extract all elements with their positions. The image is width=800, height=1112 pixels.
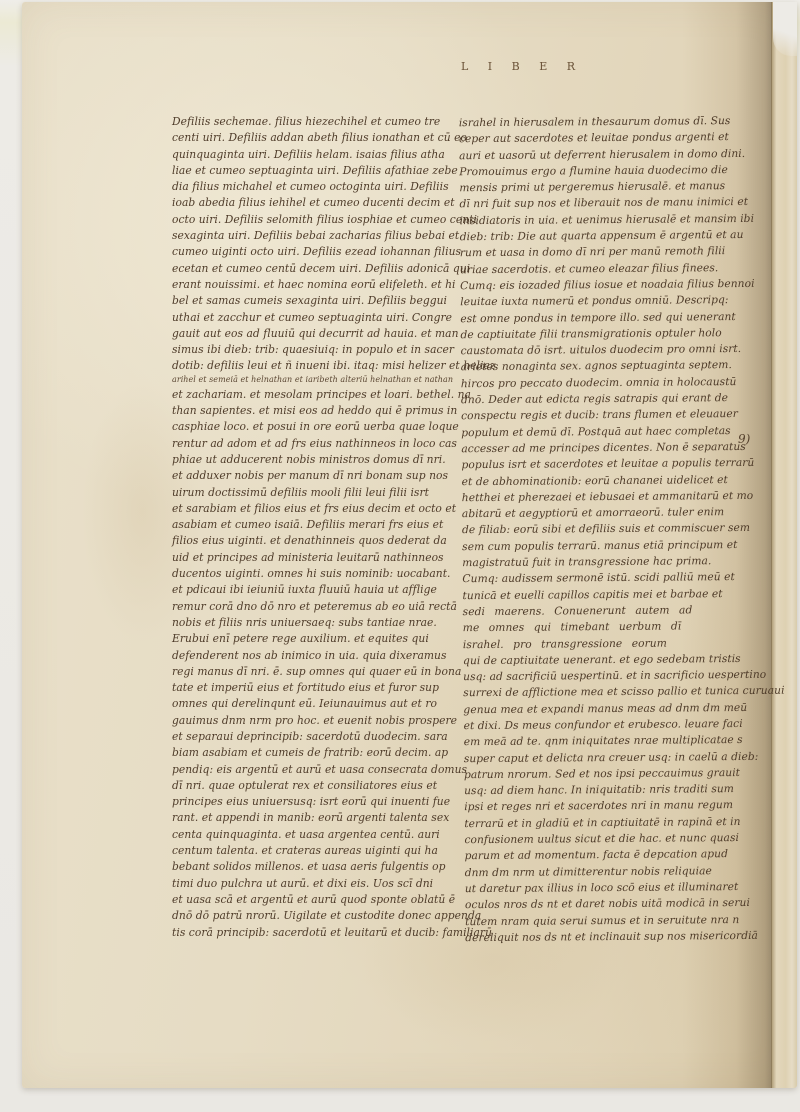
manuscript-line: ioab abedia filius iehihel et cumeo duce…: [172, 195, 460, 211]
manuscript-line: omnes qui derelinqunt eū. Ieiunauimus au…: [172, 696, 460, 712]
manuscript-line: oculos nros ds nt et daret nobis uitā mo…: [465, 895, 767, 914]
manuscript-line: octo uiri. Defiliis selomith filius iosp…: [172, 212, 460, 228]
manuscript-line: asabiam et cumeo isaiā. Defiliis merari …: [172, 517, 460, 533]
manuscript-line: dī nri. quae optulerat rex et consiliato…: [172, 778, 460, 794]
manuscript-line: dotib: defiliis leui et ñ inueni ibi. it…: [172, 358, 460, 374]
manuscript-line: tate et imperiū eius et fortitudo eius e…: [172, 680, 460, 696]
running-title: L I B E R: [461, 60, 583, 73]
manuscript-line: surrexi de afflictione mea et scisso pal…: [463, 683, 765, 702]
manuscript-line: rant. et appendi in manib: eorū argenti …: [172, 810, 460, 826]
manuscript-line: tunicā et euelli capillos capitis mei et…: [462, 585, 764, 604]
manuscript-line: principes eius uniuersusq: isrt eorū qui…: [172, 794, 460, 810]
manuscript-line: et adduxer nobis per manum dī nri bonam …: [172, 468, 460, 484]
manuscript-line: bebant solidos millenos. et uasa aeris f…: [172, 859, 460, 875]
manuscript-line: centi uiri. Defiliis addan abeth filius …: [172, 130, 460, 146]
manuscript-line: timi duo pulchra ut aurū. et dixi eis. U…: [172, 876, 460, 892]
manuscript-line: sexaginta uiri. Defiliis bebai zacharias…: [172, 228, 460, 244]
manuscript-line: et sarabiam et filios eius et frs eius d…: [172, 501, 460, 517]
manuscript-line: et separaui deprincipib: sacerdotū duode…: [172, 729, 460, 745]
text-column-left: Defiliis sechemae. filius hiezechihel et…: [172, 114, 460, 941]
manuscript-line: et zachariam. et mesolam principes et lo…: [172, 387, 460, 403]
manuscript-line: leuitae iuxta numerū et pondus omniū. De…: [460, 292, 762, 311]
manuscript-line: Cumq: audissem sermonē istū. scidi palli…: [462, 569, 764, 588]
manuscript-line: em meā ad te. qnm iniquitates nrae multi…: [464, 732, 766, 751]
manuscript-line: filios eius uiginti. et denathinneis quo…: [172, 533, 460, 549]
manuscript-line: biam asabiam et cumeis de fratrib: eorū …: [172, 745, 460, 761]
text-column-right: israhel in hierusalem in thesaurum domus…: [459, 113, 768, 946]
manuscript-line: defenderent nos ab inimico in uia. quia …: [172, 648, 460, 664]
manuscript-line: cumeo uiginti octo uiri. Defiliis ezead …: [172, 244, 460, 260]
manuscript-line: casphiae loco. et posui in ore eorū uerb…: [172, 419, 460, 435]
manuscript-line: rentur ad adom et ad frs eius nathinneos…: [172, 436, 460, 452]
manuscript-line: dnō dō patrū nrorū. Uigilate et custodit…: [172, 908, 460, 924]
manuscript-line: arietes nonaginta sex. agnos septuaginta…: [461, 357, 763, 376]
manuscript-line: uthai et zacchur et cumeo septuaginta ui…: [172, 310, 460, 326]
manuscript-line: tis corā principib: sacerdotū et leuitar…: [172, 925, 460, 941]
manuscript-line: bel et samas cumeis sexaginta uiri. Defi…: [172, 293, 460, 309]
manuscript-line: de filiab: eorū sibi et defiliis suis et…: [462, 520, 764, 539]
manuscript-line: et uasa scā et argentū et aurū quod spon…: [172, 892, 460, 908]
manuscript-line: regi manus dī nri. ē. sup omnes qui quae…: [172, 664, 460, 680]
manuscript-line: erant nouissimi. et haec nomina eorū eli…: [172, 277, 460, 293]
manuscript-line: et pdicaui ibi ieiuniū iuxta fluuiū haui…: [172, 582, 460, 598]
manuscript-line: parum et ad momentum. facta ē depcation …: [465, 846, 767, 865]
manuscript-line: remur corā dno dō nro et peteremus ab eo…: [172, 599, 460, 615]
manuscript-line: pendiq: eis argentū et aurū et uasa cons…: [172, 762, 460, 778]
manuscript-line: Defiliis sechemae. filius hiezechihel et…: [172, 114, 460, 130]
manuscript-line: centa quinquaginta. et uasa argentea cen…: [172, 827, 460, 843]
manuscript-line: ducentos uiginti. omnes hi suis nominib:…: [172, 566, 460, 582]
manuscript-line: dereliquit nos ds nt et inclinauit sup n…: [465, 928, 767, 947]
page-corner-curl: [773, 2, 797, 56]
manuscript-line: arihel et semeiā et helnathan et iaribet…: [172, 375, 460, 387]
manuscript-line: simus ibi dieb: trib: quaesiuiq: in popu…: [172, 342, 460, 358]
manuscript-line: ecetan et cumeo centū decem uiri. Defili…: [172, 261, 460, 277]
manuscript-line: liae et cumeo septuaginta uiri. Defiliis…: [172, 163, 460, 179]
manuscript-line: conspectu regis et ducib: trans flumen e…: [461, 406, 763, 425]
manuscript-line: nobis et filiis nris uniuersaeq: subs ta…: [172, 615, 460, 631]
manuscript-line: gauimus dnm nrm pro hoc. et euenit nobis…: [172, 713, 460, 729]
manuscript-line: quinquaginta uiri. Defiliis helam. isaia…: [172, 147, 460, 163]
manuscript-line: than sapientes. et misi eos ad heddo qui…: [172, 403, 460, 419]
manuscript-line: Erubui enī petere rege auxilium. et equi…: [172, 631, 460, 647]
quire-mark: 9): [738, 432, 750, 446]
manuscript-page: L I B E R Defiliis sechemae. filius hiez…: [22, 2, 797, 1088]
manuscript-line: phiae ut adducerent nobis ministros domu…: [172, 452, 460, 468]
manuscript-line: uid et principes ad ministeria leuitarū …: [172, 550, 460, 566]
manuscript-line: ceper aut sacerdotes et leuitae pondus a…: [459, 129, 761, 148]
manuscript-line: populus isrt et sacerdotes et leuitae a …: [461, 455, 763, 474]
next-folio-edge: [771, 2, 797, 1088]
manuscript-line: dia filius michahel et cumeo octoginta u…: [172, 179, 460, 195]
manuscript-line: sem cum populis terrarū. manus etiā prin…: [462, 537, 764, 556]
manuscript-line: centum talenta. et crateras aureas uigin…: [172, 843, 460, 859]
photo-background: L I B E R Defiliis sechemae. filius hiez…: [0, 0, 800, 1112]
manuscript-line: rum et uasa in domo dī nri per manū remo…: [460, 243, 762, 262]
manuscript-line: uirum doctissimū defiliis mooli filii le…: [172, 485, 460, 501]
manuscript-line: gauit aut eos ad fluuiū qui decurrit ad …: [172, 326, 460, 342]
